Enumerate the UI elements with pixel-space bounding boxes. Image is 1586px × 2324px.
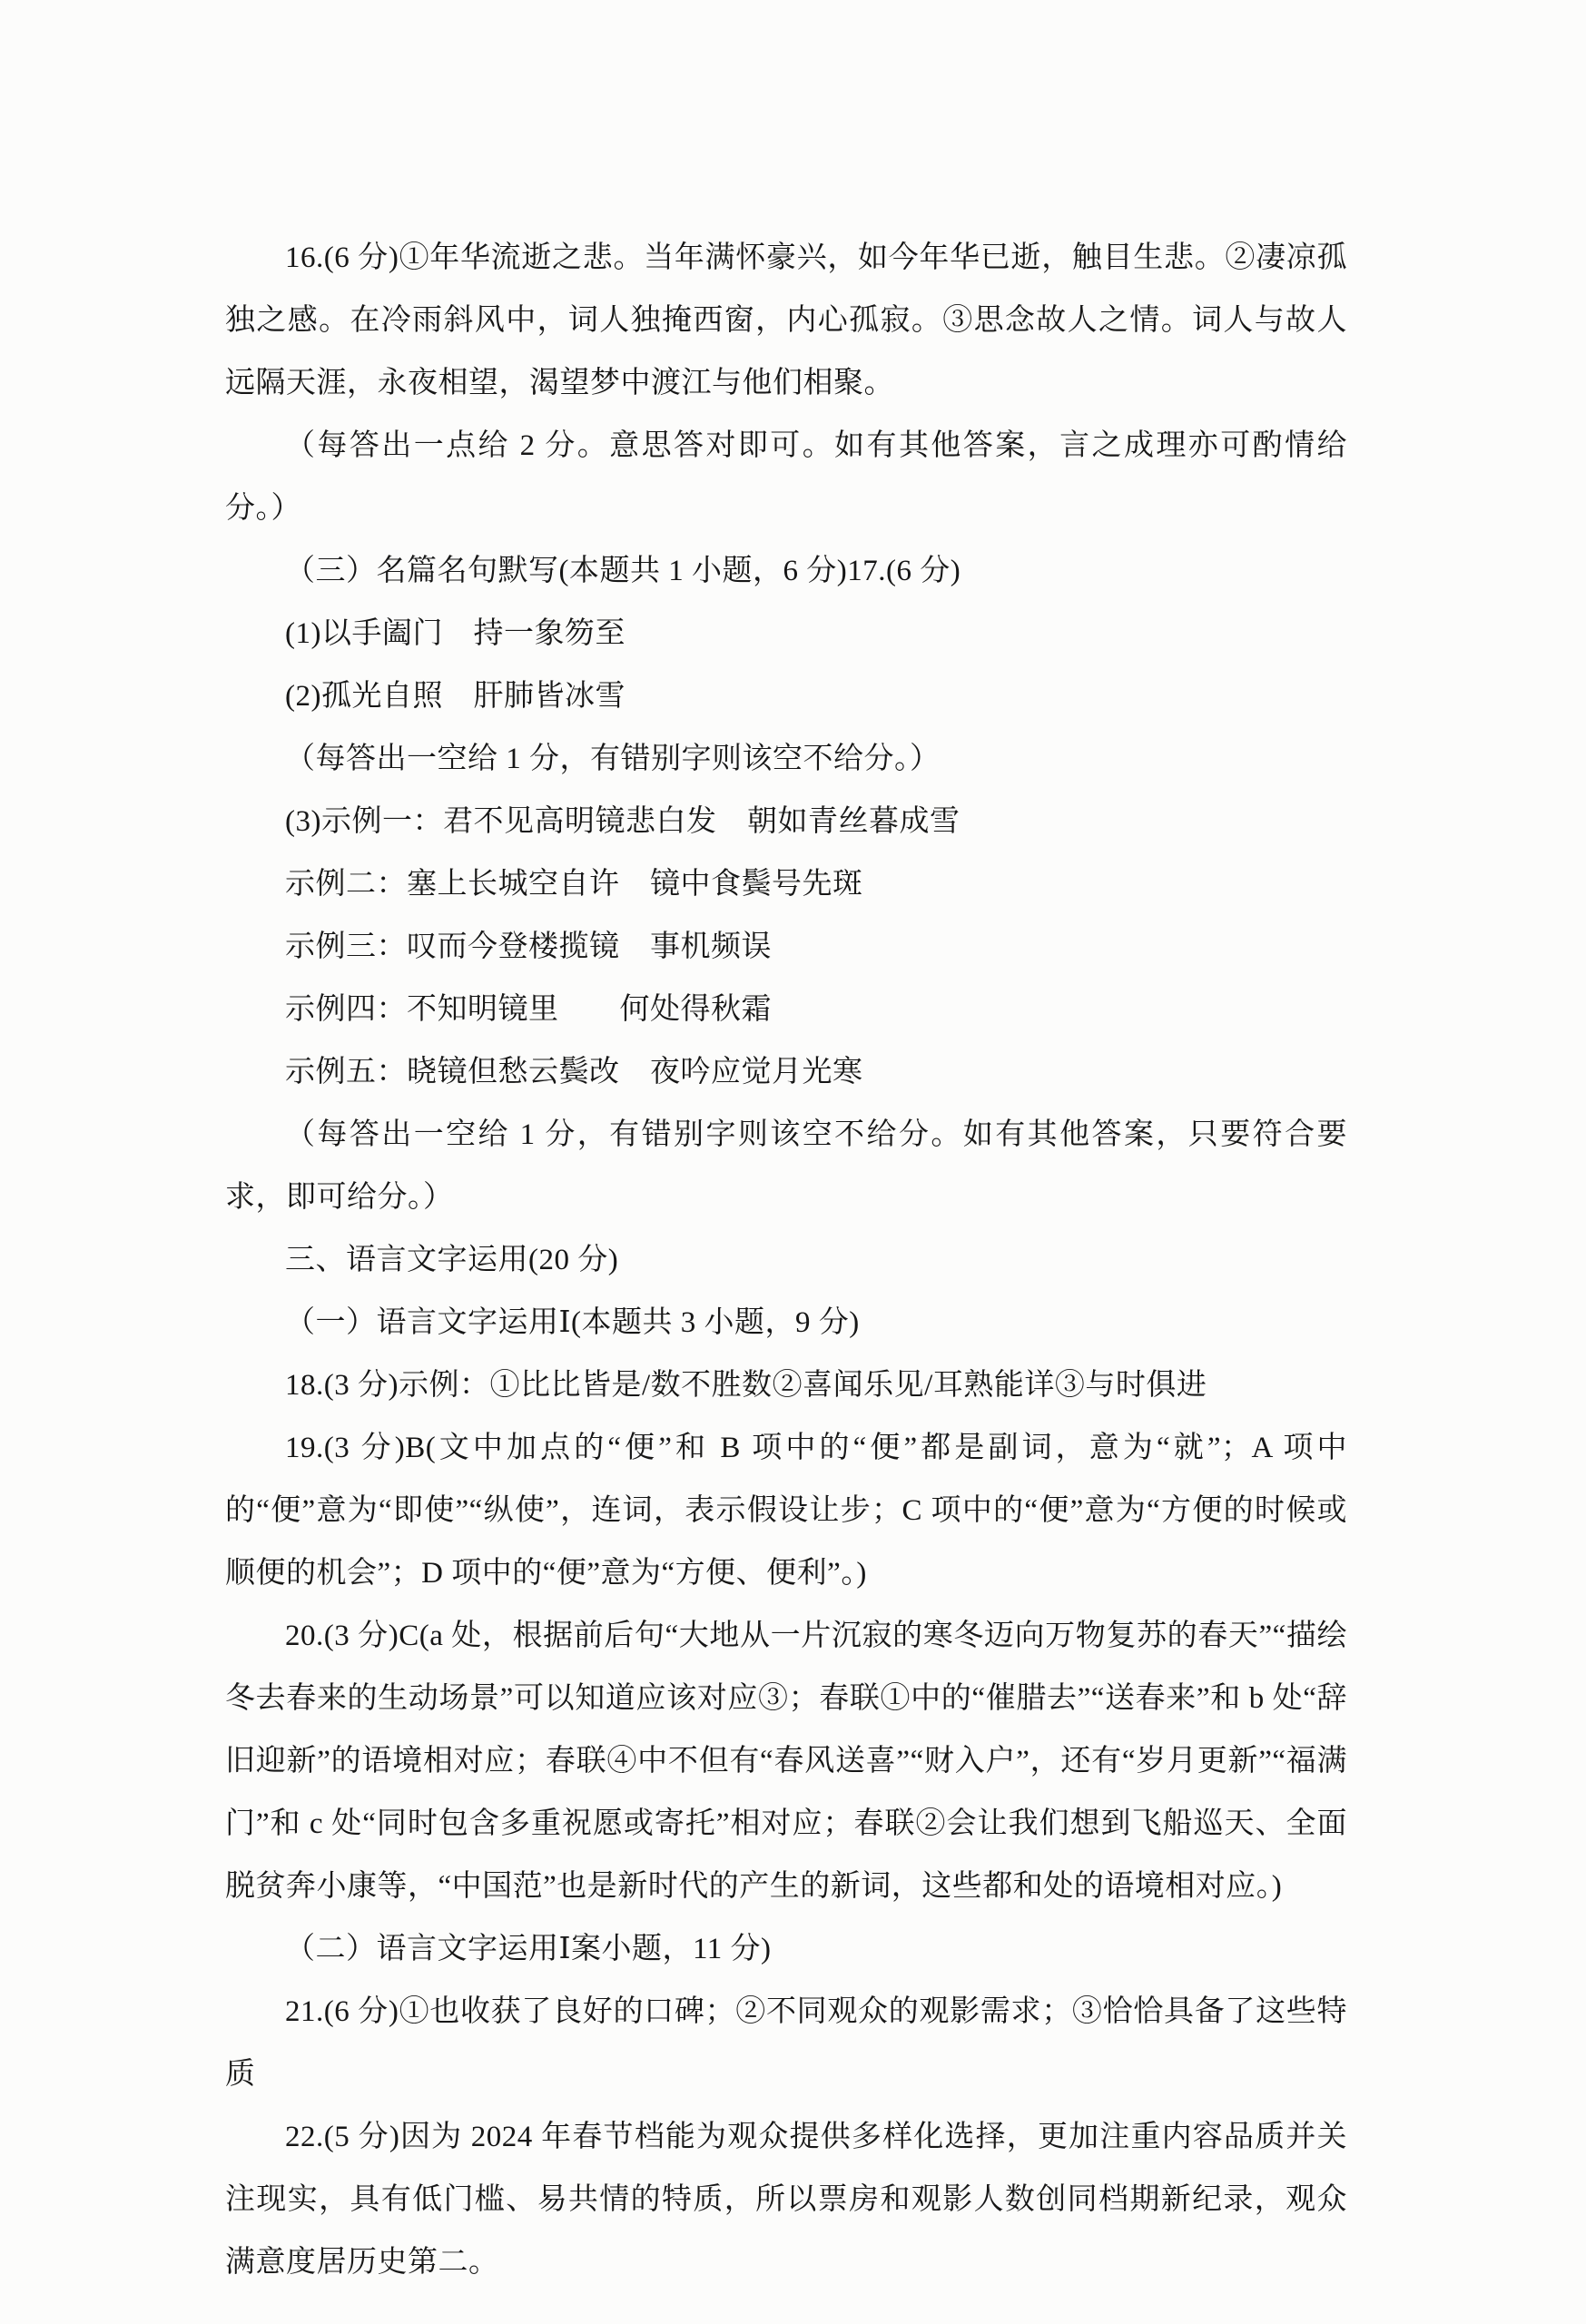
answer-17-blank-3-example-1: (3)示例一：君不见高明镜悲白发 朝如青丝暮成雪 (225, 791, 1347, 853)
grading-note-16: （每答出一点给 2 分。意思答对即可。如有其他答案，言之成理亦可酌情给分。） (225, 415, 1347, 540)
grading-note-17-examples: （每答出一空给 1 分，有错别字则该空不给分。如有其他答案，只要符合要求，即可给… (225, 1104, 1347, 1229)
answer-18: 18.(3 分)示例：①比比皆是/数不胜数②喜闻乐见/耳熟能详③与时俱进 (225, 1354, 1347, 1417)
part-3-section-2-heading: （二）语言文字运用Ⅰ案小题，11 分) (225, 1918, 1347, 1981)
part-3-section-1-heading: （一）语言文字运用Ⅰ(本题共 3 小题，9 分) (225, 1292, 1347, 1354)
document-page: 16.(6 分)①年华流逝之悲。当年满怀豪兴，如今年华已逝，触目生悲。②凄凉孤独… (0, 0, 1586, 2324)
answer-17-example-3: 示例三：叹而今登楼揽镜 事机频误 (225, 916, 1347, 979)
answer-21: 21.(6 分)①也收获了良好的口碑；②不同观众的观影需求；③恰恰具备了这些特质 (225, 1981, 1347, 2106)
answer-16: 16.(6 分)①年华流逝之悲。当年满怀豪兴，如今年华已逝，触目生悲。②凄凉孤独… (225, 227, 1347, 415)
answer-22: 22.(5 分)因为 2024 年春节档能为观众提供多样化选择，更加注重内容品质… (225, 2106, 1347, 2294)
answer-17-example-4: 示例四：不知明镜里 何处得秋霜 (225, 979, 1347, 1041)
answer-17-blank-2: (2)孤光自照 肝肺皆冰雪 (225, 665, 1347, 728)
answer-20: 20.(3 分)C(a 处，根据前后句“大地从一片沉寂的寒冬迈向万物复苏的春天”… (225, 1605, 1347, 1918)
answer-17-example-2: 示例二：塞上长城空自许 镜中食鬓号先斑 (225, 853, 1347, 916)
grading-note-17-blanks: （每答出一空给 1 分，有错别字则该空不给分。） (225, 728, 1347, 791)
part-3-heading: 三、语言文字运用(20 分) (225, 1229, 1347, 1292)
answer-19: 19.(3 分)B(文中加点的“便”和 B 项中的“便”都是副词，意为“就”；A… (225, 1417, 1347, 1605)
answer-key-text-block: 16.(6 分)①年华流逝之悲。当年满怀豪兴，如今年华已逝，触目生悲。②凄凉孤独… (225, 227, 1347, 2294)
answer-17-example-5: 示例五：晓镜但愁云鬓改 夜吟应觉月光寒 (225, 1041, 1347, 1104)
answer-17-blank-1: (1)以手阖门 持一象笏至 (225, 603, 1347, 665)
section-3-heading-and-q17: （三）名篇名句默写(本题共 1 小题，6 分)17.(6 分) (225, 540, 1347, 603)
